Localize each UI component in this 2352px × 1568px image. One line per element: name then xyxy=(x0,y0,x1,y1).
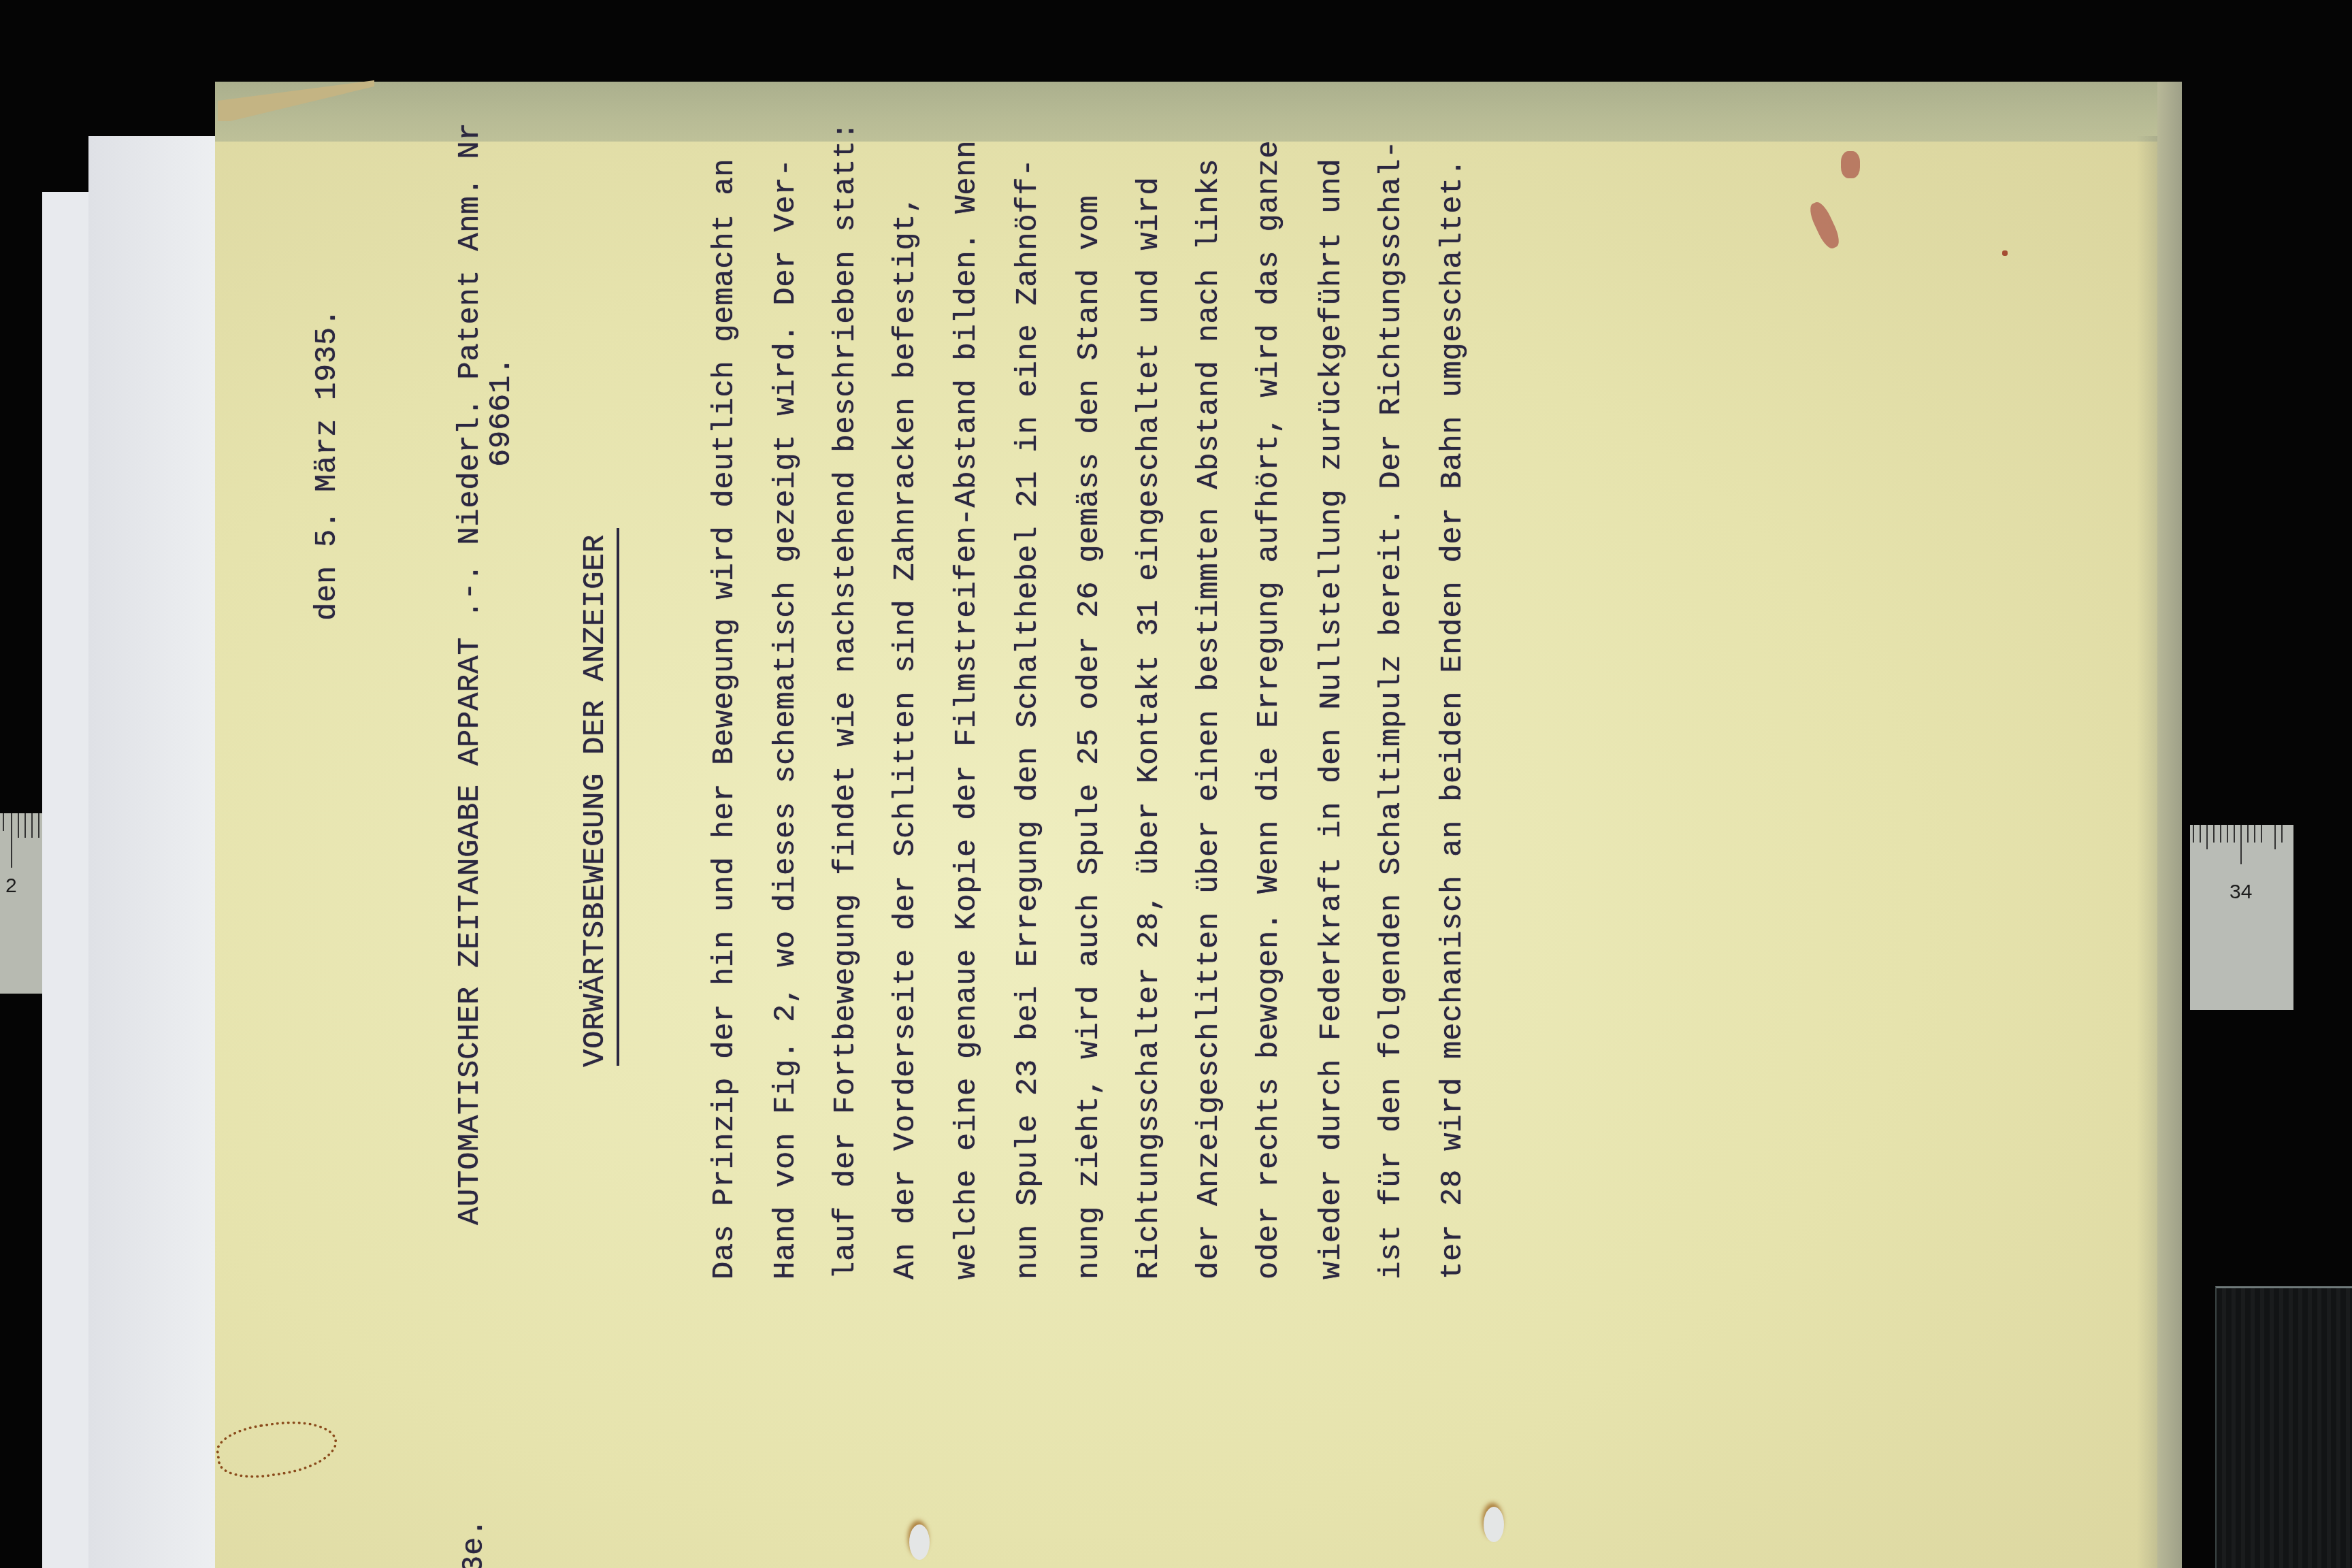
body-line: ist für den folgenden Schaltimpulz berei… xyxy=(1375,140,1409,1279)
punch-hole-left xyxy=(909,1524,930,1560)
document-date: den 5. März 1935. xyxy=(310,308,344,621)
body-line: nun Spule 23 bei Erregung den Schalthebe… xyxy=(1011,159,1045,1279)
body-line: oder rechts bewogen. Wenn die Erregung a… xyxy=(1252,140,1286,1279)
body-line: wieder durch Federkraft in den Nullstell… xyxy=(1315,159,1349,1279)
page-number: 3e. xyxy=(457,1518,491,1568)
backing-sheet xyxy=(88,136,225,1568)
dark-object-corner xyxy=(2215,1286,2352,1568)
red-pencil-mark xyxy=(1841,151,1860,178)
paper-right-strip xyxy=(2157,82,2182,1568)
ruler-left-label: 2 xyxy=(5,875,17,898)
scale-ruler-left: 2 xyxy=(0,813,42,994)
heading-underline xyxy=(617,528,619,1066)
document-title: AUTOMATISCHER ZEITANGABE APPARAT .-. Nie… xyxy=(453,122,487,1225)
document-title-number: 69661. xyxy=(485,357,519,467)
red-dot-mark xyxy=(2002,250,2008,256)
section-heading: VORWÄRTSBEWEGUNG DER ANZEIGER xyxy=(578,534,612,1067)
body-line: welche eine genaue Kopie der Filmstreife… xyxy=(950,140,984,1279)
body-line: Das Prinzip der hin und her Bewegung wir… xyxy=(708,159,742,1279)
body-line: lauf der Fortbewegung findet wie nachste… xyxy=(829,122,863,1279)
tape-strip xyxy=(215,82,2175,142)
body-line: der Anzeigeschlitten über einen bestimmt… xyxy=(1192,159,1226,1279)
body-line: Hand von Fig. 2, wo dieses schematisch g… xyxy=(769,159,803,1279)
punch-hole-right xyxy=(1484,1507,1504,1542)
body-line: ter 28 wird mechanisch an beiden Enden d… xyxy=(1436,159,1470,1279)
ruler-right-label: 34 xyxy=(2229,881,2252,904)
body-line: An der Vorderseite der Schlitten sind Za… xyxy=(889,195,923,1279)
scale-ruler-right: 34 xyxy=(2190,825,2293,1010)
body-line: nung zieht, wird auch Spule 25 oder 26 g… xyxy=(1073,195,1107,1279)
body-line: Richtungsschalter 28, über Kontakt 31 ei… xyxy=(1132,177,1166,1279)
